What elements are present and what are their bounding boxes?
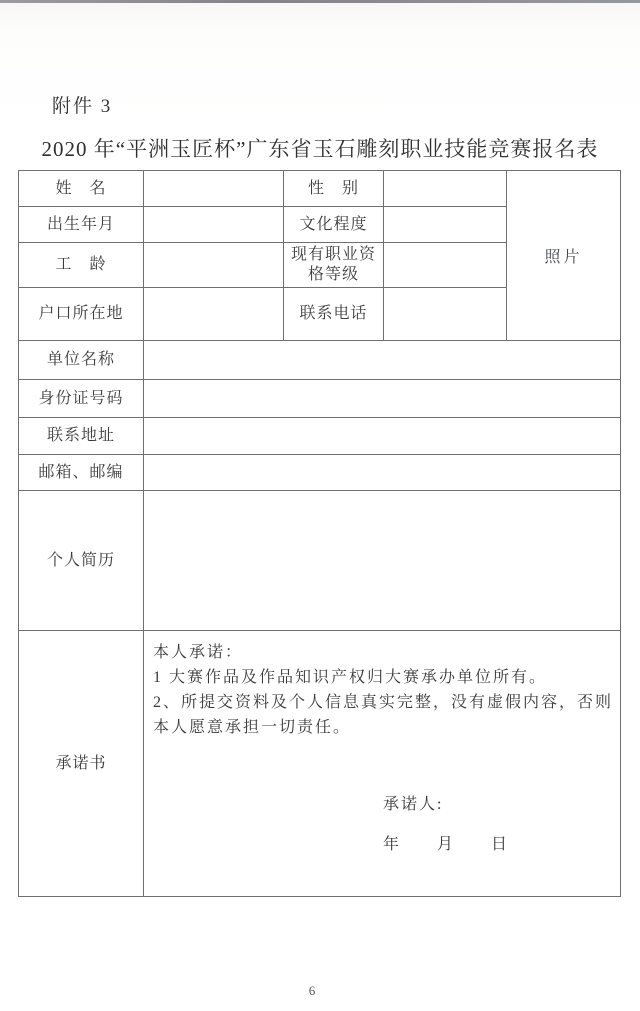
value-id-number (144, 380, 621, 418)
table-row: 身份证号码 (19, 380, 621, 418)
page-title: 2020 年“平洲玉匠杯”广东省玉石雕刻职业技能竞赛报名表 (0, 133, 640, 163)
value-qualification-level (384, 243, 507, 288)
value-work-years (144, 243, 284, 288)
label-id-number: 身份证号码 (19, 380, 144, 418)
scan-edge-artifact (0, 0, 640, 3)
label-qualification-level: 现有职业资格等级 (284, 243, 384, 288)
attachment-label: 附件 3 (52, 91, 112, 118)
signer-label: 承诺人: (383, 792, 610, 817)
label-birth-date: 出生年月 (19, 207, 144, 243)
value-company (144, 341, 621, 380)
value-resume (144, 491, 621, 631)
scanned-form-page: 附件 3 2020 年“平洲玉匠杯”广东省玉石雕刻职业技能竞赛报名表 姓 名 性… (0, 0, 640, 1011)
registration-form-table: 姓 名 性 别 照片 出生年月 文化程度 工 龄 现有职业资格等级 户口所在地 (18, 170, 621, 897)
label-company: 单位名称 (19, 341, 144, 380)
label-gender: 性 别 (284, 171, 384, 207)
label-address: 联系地址 (19, 418, 144, 455)
value-birth-date (144, 207, 284, 243)
table-row: 邮箱、邮编 (19, 455, 621, 491)
value-name (144, 171, 284, 207)
label-work-years: 工 龄 (19, 243, 144, 288)
table-row: 个人简历 (19, 491, 621, 631)
value-address (144, 418, 621, 455)
photo-cell: 照片 (507, 171, 621, 341)
table-row: 承诺书 本人承诺： 1 大赛作品及作品知识产权归大赛承办单位所有。 2、所提交资… (19, 631, 621, 897)
table-row: 联系地址 (19, 418, 621, 455)
pledge-content-cell: 本人承诺： 1 大赛作品及作品知识产权归大赛承办单位所有。 2、所提交资料及个人… (144, 631, 621, 897)
value-phone (384, 288, 507, 341)
value-household-location (144, 288, 284, 341)
page-number: 6 (0, 983, 624, 999)
pledge-line-intro: 本人承诺： (153, 640, 610, 665)
pledge-line-2: 2、所提交资料及个人信息真实完整，没有虚假内容，否则 (153, 690, 610, 715)
date-line: 年 月 日 (383, 832, 610, 857)
table-row: 姓 名 性 别 照片 (19, 171, 621, 207)
pledge-line-1: 1 大赛作品及作品知识产权归大赛承办单位所有。 (153, 665, 610, 690)
label-email-zip: 邮箱、邮编 (19, 455, 144, 491)
value-email-zip (144, 455, 621, 491)
signature-block: 承诺人: 年 月 日 (383, 792, 610, 857)
label-household-location: 户口所在地 (19, 288, 144, 341)
table-row: 单位名称 (19, 341, 621, 380)
label-resume: 个人简历 (19, 491, 144, 631)
label-education: 文化程度 (284, 207, 384, 243)
pledge-line-2-wrap: 本人愿意承担一切责任。 (153, 715, 610, 740)
label-name: 姓 名 (19, 171, 144, 207)
value-gender (384, 171, 507, 207)
value-education (384, 207, 507, 243)
label-phone: 联系电话 (284, 288, 384, 341)
label-pledge: 承诺书 (19, 631, 144, 897)
